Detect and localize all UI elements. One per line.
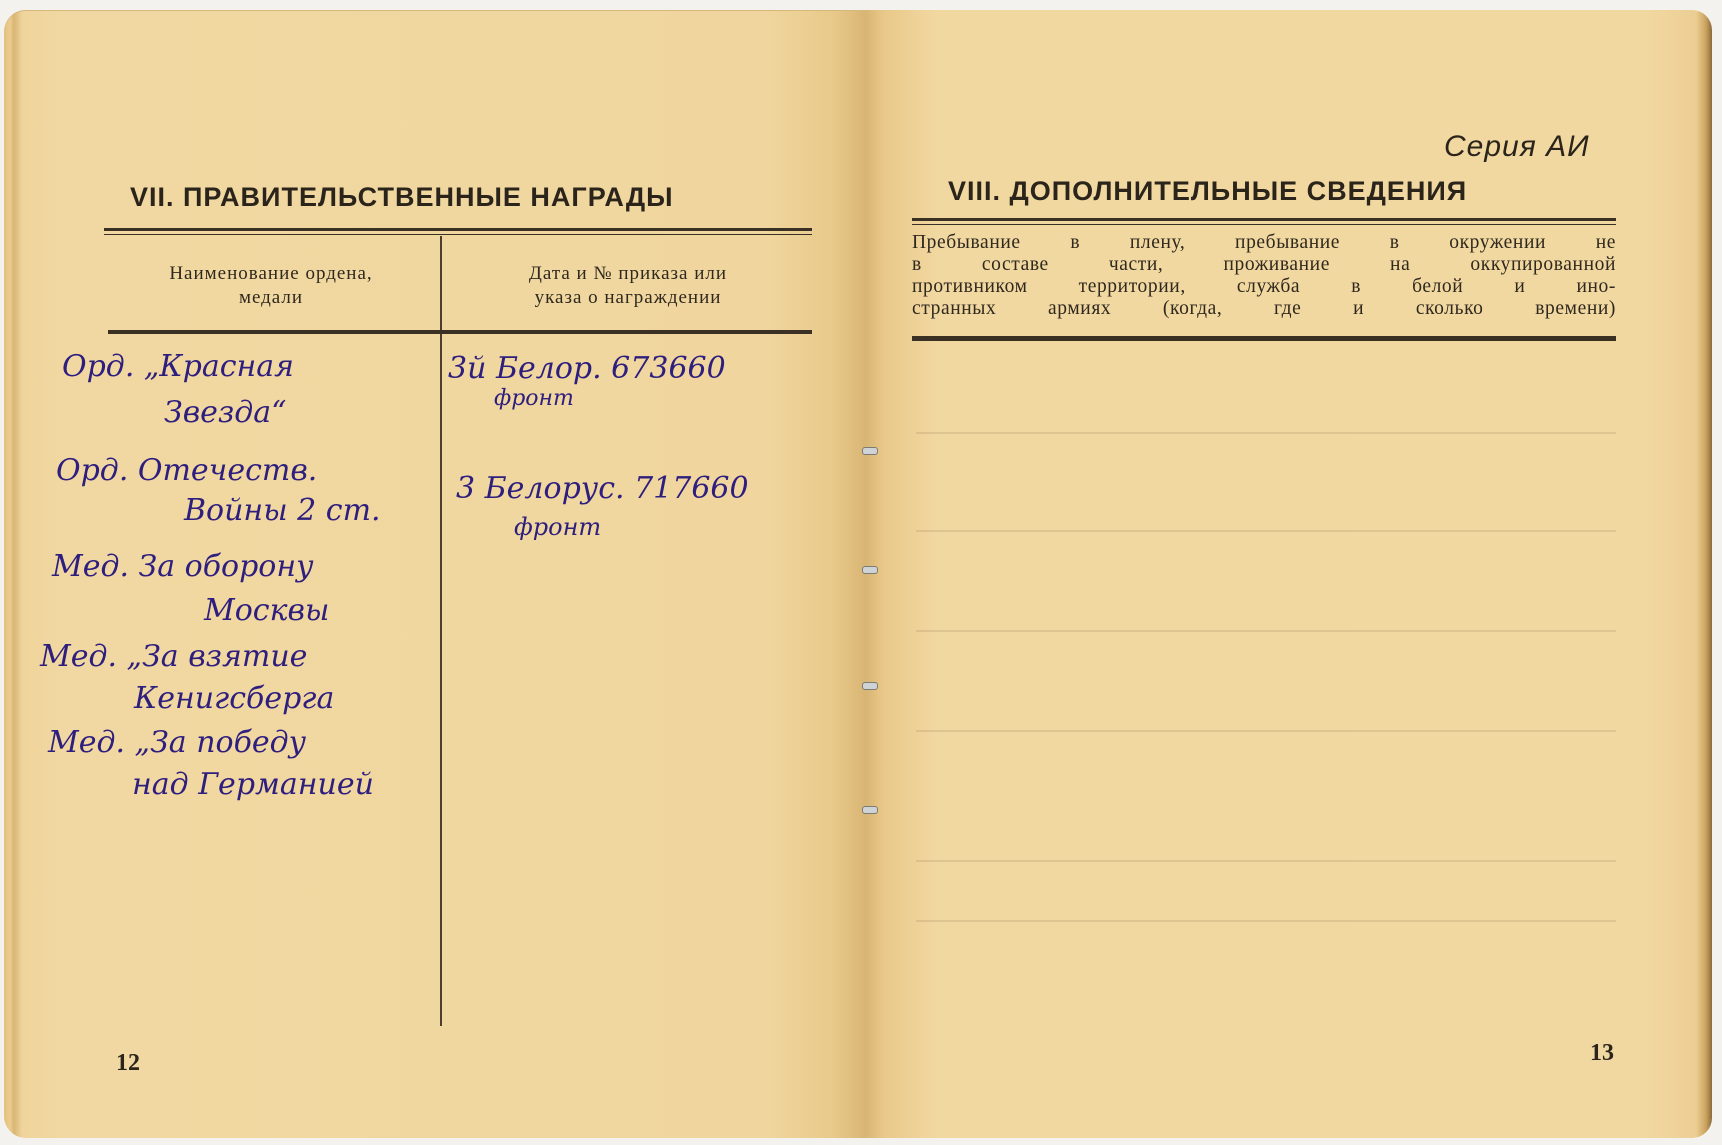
right-page: Серия АИ VIII. ДОПОЛНИТЕЛЬНЫЕ СВЕДЕНИЯ П… — [866, 10, 1712, 1138]
award-entry-4-line2: Кенигсберга — [134, 682, 334, 716]
title-rule — [104, 228, 812, 231]
open-military-booklet: VII. ПРАВИТЕЛЬСТВЕННЫЕ НАГРАДЫ Наименова… — [4, 10, 1716, 1140]
show-through-line — [916, 860, 1616, 862]
staple-icon — [862, 447, 878, 455]
column-header-order-date: Дата и № приказа или указа о награждении — [444, 262, 812, 310]
staple-icon — [862, 682, 878, 690]
section-title-additional-info: VIII. ДОПОЛНИТЕЛЬНЫЕ СВЕДЕНИЯ — [948, 176, 1467, 207]
page-number-left: 12 — [116, 1050, 140, 1077]
header-bottom-rule — [108, 330, 812, 334]
staple-icon — [862, 566, 878, 574]
additional-info-description: Пребывание в плену, пребывание в окружен… — [912, 232, 1616, 320]
award-entry-1-line1: Орд. „Красная — [62, 350, 294, 384]
description-line: противником территории, служба в белой и… — [912, 276, 1616, 298]
staple-icon — [862, 806, 878, 814]
left-page: VII. ПРАВИТЕЛЬСТВЕННЫЕ НАГРАДЫ Наименова… — [4, 10, 866, 1138]
show-through-line — [916, 432, 1616, 434]
title-rule-thin — [104, 234, 812, 235]
section-title-awards: VII. ПРАВИТЕЛЬСТВЕННЫЕ НАГРАДЫ — [130, 182, 674, 213]
award-entry-5-line1: Мед. „За победу — [48, 726, 306, 760]
column-header-line: Дата и № приказа или — [444, 262, 812, 286]
award-entry-2-line1: Орд. Отечеств. — [56, 454, 317, 488]
order-entry-2-line2: фронт — [514, 510, 601, 544]
order-entry-1-line1: 3й Белор. 673660 — [448, 352, 726, 386]
show-through-line — [916, 530, 1616, 532]
award-entry-4-line1: Мед. „За взятие — [40, 640, 307, 674]
title-rule — [912, 218, 1616, 221]
column-header-line: медали — [104, 286, 438, 310]
award-entry-3-line2: Москвы — [204, 594, 329, 628]
page-number-right: 13 — [1590, 1040, 1614, 1067]
column-header-award-name: Наименование ордена, медали — [104, 262, 438, 310]
show-through-line — [916, 730, 1616, 732]
show-through-line — [916, 920, 1616, 922]
description-bottom-rule — [912, 336, 1616, 341]
column-header-line: Наименование ордена, — [104, 262, 438, 286]
description-line: в составе части, проживание на оккупиров… — [912, 254, 1616, 276]
award-entry-5-line2: над Германией — [132, 768, 374, 802]
title-rule-thin — [912, 224, 1616, 225]
award-entry-3-line1: Мед. За оборону — [52, 550, 314, 584]
column-header-line: указа о награждении — [444, 286, 812, 310]
description-line: Пребывание в плену, пребывание в окружен… — [912, 232, 1616, 254]
award-entry-1-line2: Звезда“ — [164, 396, 287, 430]
column-divider — [440, 236, 442, 1026]
series-label: Серия АИ — [1444, 130, 1590, 164]
order-entry-2-line1: 3 Белорус. 717660 — [456, 472, 749, 506]
order-entry-1-line2: фронт — [494, 382, 574, 416]
show-through-line — [916, 630, 1616, 632]
award-entry-2-line2: Войны 2 ст. — [184, 494, 381, 528]
description-line: странных армиях (когда, где и сколько вр… — [912, 298, 1616, 320]
